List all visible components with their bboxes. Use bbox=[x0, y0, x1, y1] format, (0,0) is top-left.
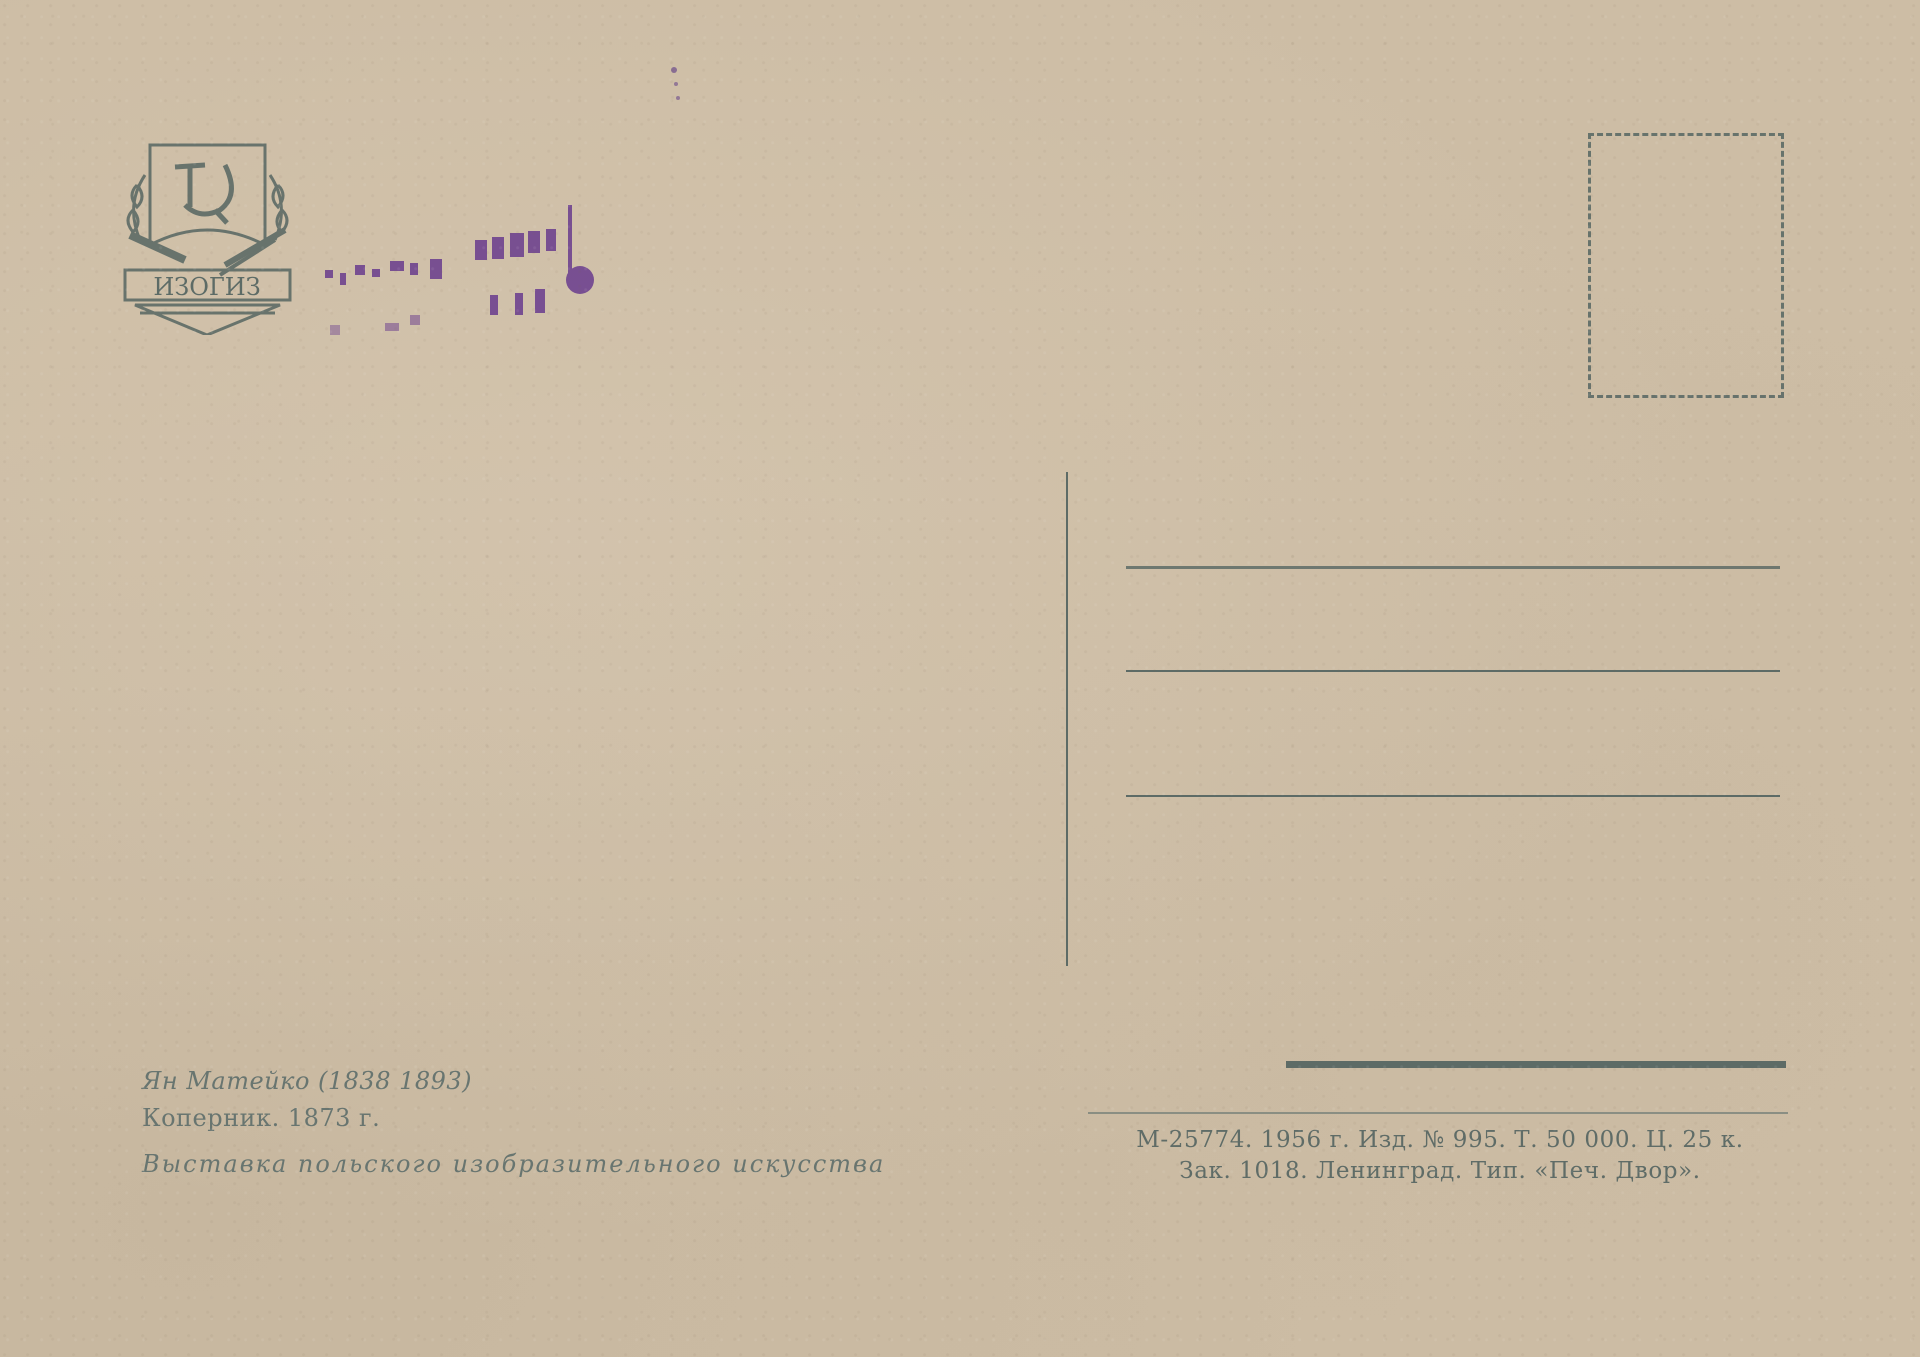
artwork-title: Коперник. 1873 г. bbox=[142, 1104, 380, 1132]
exhibition-name: Выставка польского изобразительного иску… bbox=[142, 1150, 885, 1178]
ink-stamp-speck bbox=[670, 60, 684, 110]
izogiz-emblem-icon: ИЗОГИЗ bbox=[115, 135, 300, 335]
imprint-rule bbox=[1088, 1112, 1788, 1114]
address-line-3 bbox=[1126, 795, 1780, 797]
address-line-2 bbox=[1126, 670, 1780, 672]
imprint-line-1: М-25774. 1956 г. Изд. № 995. Т. 50 000. … bbox=[1070, 1127, 1810, 1153]
postage-stamp-box bbox=[1588, 133, 1784, 398]
artist-name: Ян Матейко (1838 1893) bbox=[142, 1067, 472, 1095]
publisher-logo-label: ИЗОГИЗ bbox=[153, 273, 260, 301]
postcard-back: ИЗОГИЗ bbox=[0, 0, 1920, 1357]
address-line-1 bbox=[1126, 566, 1780, 569]
ink-stamp-icon bbox=[310, 185, 610, 365]
message-address-divider bbox=[1066, 472, 1068, 966]
postal-code-bar bbox=[1286, 1061, 1786, 1068]
imprint-line-2: Зак. 1018. Ленинград. Тип. «Печ. Двор». bbox=[1070, 1158, 1810, 1184]
